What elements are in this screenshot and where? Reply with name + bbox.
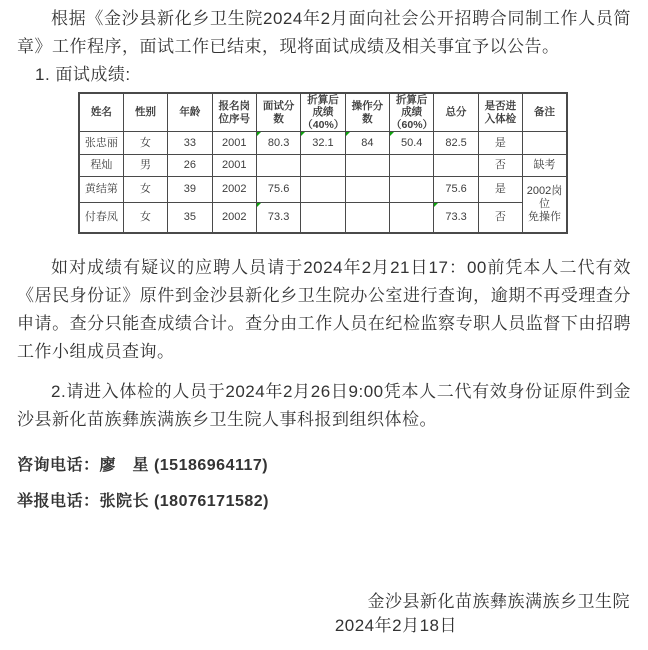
- column-header: 折算后 成绩 （60%）: [390, 93, 434, 132]
- interview-score-table: 姓名性别年龄报名岗 位序号面试分数折算后 成绩 （40%）操作分数折算后 成绩 …: [78, 92, 568, 234]
- column-header: 是否进 入体检: [478, 93, 522, 132]
- table-cell: [301, 177, 345, 203]
- consult-phone-line: 咨询电话：廖 星 (15186964117): [17, 452, 631, 480]
- table-cell: 50.4: [390, 132, 434, 155]
- column-header: 姓名: [79, 93, 123, 132]
- column-header: 性别: [123, 93, 167, 132]
- table-cell: 2001: [212, 155, 256, 177]
- table-cell: [390, 177, 434, 203]
- column-header: 年龄: [168, 93, 212, 132]
- table-cell: 黄结第: [79, 177, 123, 203]
- table-cell: 女: [123, 177, 167, 203]
- table-cell: 32.1: [301, 132, 345, 155]
- table-cell: [345, 177, 389, 203]
- table-cell: 2002: [212, 177, 256, 203]
- column-header: 报名岗 位序号: [212, 93, 256, 132]
- column-header: 操作分数: [345, 93, 389, 132]
- table-cell: 2002岗位 免操作: [523, 177, 567, 233]
- table-cell: 75.6: [434, 177, 478, 203]
- table-cell: 26: [168, 155, 212, 177]
- table-cell: 程灿: [79, 155, 123, 177]
- table-cell: 35: [168, 203, 212, 233]
- table-cell: [345, 203, 389, 233]
- table-cell: [301, 203, 345, 233]
- table-cell: 否: [478, 155, 522, 177]
- table-cell: 39: [168, 177, 212, 203]
- table-cell: 否: [478, 203, 522, 233]
- signature-block: 金沙县新化苗族彝族满族乡卫生院 2024年2月18日: [17, 590, 631, 638]
- table-row: 黄结第女39200275.675.6是2002岗位 免操作: [79, 177, 567, 203]
- table-cell: [345, 155, 389, 177]
- column-header: 面试分数: [256, 93, 300, 132]
- table-cell: 男: [123, 155, 167, 177]
- table-cell: 女: [123, 132, 167, 155]
- table-cell: 75.6: [256, 177, 300, 203]
- announcement-document: 根据《金沙县新化乡卫生院2024年2月面向社会公开招聘合同制工作人员简章》工作程…: [0, 0, 648, 638]
- table-cell: 73.3: [434, 203, 478, 233]
- header-row: 姓名性别年龄报名岗 位序号面试分数折算后 成绩 （40%）操作分数折算后 成绩 …: [79, 93, 567, 132]
- table-cell: 82.5: [434, 132, 478, 155]
- table-cell: [256, 155, 300, 177]
- table-cell: 缺考: [523, 155, 567, 177]
- intro-paragraph: 根据《金沙县新化乡卫生院2024年2月面向社会公开招聘合同制工作人员简章》工作程…: [17, 5, 631, 61]
- table-cell: [390, 203, 434, 233]
- table-cell: [523, 132, 567, 155]
- column-header: 备注: [523, 93, 567, 132]
- column-header: 折算后 成绩 （40%）: [301, 93, 345, 132]
- table-cell: 2002: [212, 203, 256, 233]
- issuer-signature: 金沙县新化苗族彝族满族乡卫生院: [17, 590, 631, 614]
- issue-date: 2024年2月18日: [17, 614, 631, 638]
- table-cell: 张忠丽: [79, 132, 123, 155]
- table-cell: 73.3: [256, 203, 300, 233]
- score-table-header: 姓名性别年龄报名岗 位序号面试分数折算后 成绩 （40%）操作分数折算后 成绩 …: [79, 93, 567, 132]
- table-cell: 是: [478, 177, 522, 203]
- table-cell: [301, 155, 345, 177]
- table-row: 张忠丽女33200180.332.18450.482.5是: [79, 132, 567, 155]
- table-row: 程灿男262001否缺考: [79, 155, 567, 177]
- section1-label: 1. 面试成绩:: [35, 61, 631, 89]
- column-header: 总分: [434, 93, 478, 132]
- table-cell: 80.3: [256, 132, 300, 155]
- table-cell: 84: [345, 132, 389, 155]
- score-table-body: 张忠丽女33200180.332.18450.482.5是程灿男262001否缺…: [79, 132, 567, 233]
- report-phone-line: 举报电话：张院长 (18076171582): [17, 488, 631, 516]
- table-cell: 是: [478, 132, 522, 155]
- medical-checkup-paragraph: 2.请进入体检的人员于2024年2月26日9:00凭本人二代有效身份证原件到金沙…: [17, 378, 631, 434]
- table-cell: 2001: [212, 132, 256, 155]
- table-row: 付春凤女35200273.373.3否: [79, 203, 567, 233]
- score-review-paragraph: 如对成绩有疑议的应聘人员请于2024年2月21日17：00前凭本人二代有效《居民…: [17, 254, 631, 366]
- table-cell: [390, 155, 434, 177]
- table-cell: 33: [168, 132, 212, 155]
- table-cell: 付春凤: [79, 203, 123, 233]
- table-cell: 女: [123, 203, 167, 233]
- table-cell: [434, 155, 478, 177]
